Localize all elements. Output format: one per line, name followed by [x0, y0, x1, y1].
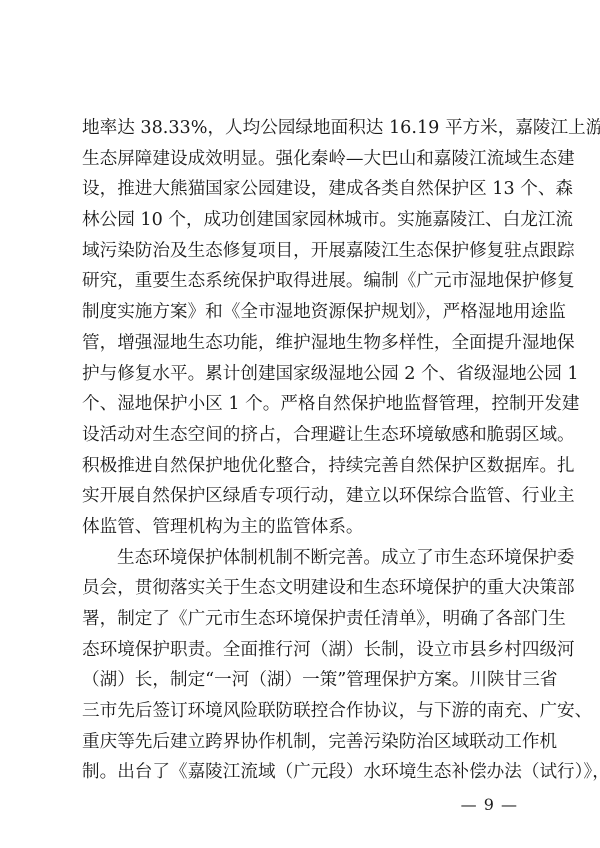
text-line: 设活动对生态空间的挤占，合理避让生态环境敏感和脆弱区域。	[82, 420, 519, 451]
text-line: 重庆等先后建立跨界协作机制，完善污染防治区域联动工作机	[82, 727, 519, 758]
text-line: （湖）长，制定“一河（湖）一策”管理保护方案。川陕甘三省	[82, 665, 519, 696]
text-line: 积极推进自然保护地优化整合，持续完善自然保护区数据库。扎	[82, 451, 519, 482]
body-text: 地率达 38.33%，人均公园绿地面积达 16.19 平方米，嘉陵江上游 生态屏…	[82, 113, 519, 788]
page-number: — 9 —	[461, 795, 518, 814]
text-line: 制度实施方案》和《全市湿地资源保护规划》，严格湿地用途监	[82, 297, 519, 328]
text-line: 域污染防治及生态修复项目，开展嘉陵江生态保护修复驻点跟踪	[82, 236, 519, 267]
paragraph-end-line: 体监管、管理机构为主的监管体系。	[82, 512, 519, 543]
text-line: 实开展自然保护区绿盾专项行动，建立以环保综合监管、行业主	[82, 481, 519, 512]
paragraph-start-line: 生态环境保护体制机制不断完善。成立了市生态环境保护委	[82, 543, 519, 574]
document-page: 地率达 38.33%，人均公园绿地面积达 16.19 平方米，嘉陵江上游 生态屏…	[0, 0, 600, 848]
text-line: 制。出台了《嘉陵江流域（广元段）水环境生态补偿办法（试行）》，	[82, 757, 519, 788]
text-line: 设，推进大熊猫国家公园建设，建成各类自然保护区 13 个、森	[82, 174, 519, 205]
text-line: 管，增强湿地生态功能，维护湿地生物多样性，全面提升湿地保	[82, 328, 519, 359]
text-line: 态环境保护职责。全面推行河（湖）长制，设立市县乡村四级河	[82, 635, 519, 666]
text-line: 研究，重要生态系统保护取得进展。编制《广元市湿地保护修复	[82, 266, 519, 297]
text-line: 护与修复水平。累计创建国家级湿地公园 2 个、省级湿地公园 1	[82, 359, 519, 390]
text-line: 地率达 38.33%，人均公园绿地面积达 16.19 平方米，嘉陵江上游	[82, 113, 519, 144]
text-line: 个、湿地保护小区 1 个。严格自然保护地监督管理，控制开发建	[82, 389, 519, 420]
text-line: 员会，贯彻落实关于生态文明建设和生态环境保护的重大决策部	[82, 573, 519, 604]
text-line: 林公园 10 个，成功创建国家园林城市。实施嘉陵江、白龙江流	[82, 205, 519, 236]
text-line: 生态屏障建设成效明显。强化秦岭—大巴山和嘉陵江流域生态建	[82, 144, 519, 175]
text-line: 三市先后签订环境风险联防联控合作协议，与下游的南充、广安、	[82, 696, 519, 727]
text-line: 署，制定了《广元市生态环境保护责任清单》，明确了各部门生	[82, 604, 519, 635]
